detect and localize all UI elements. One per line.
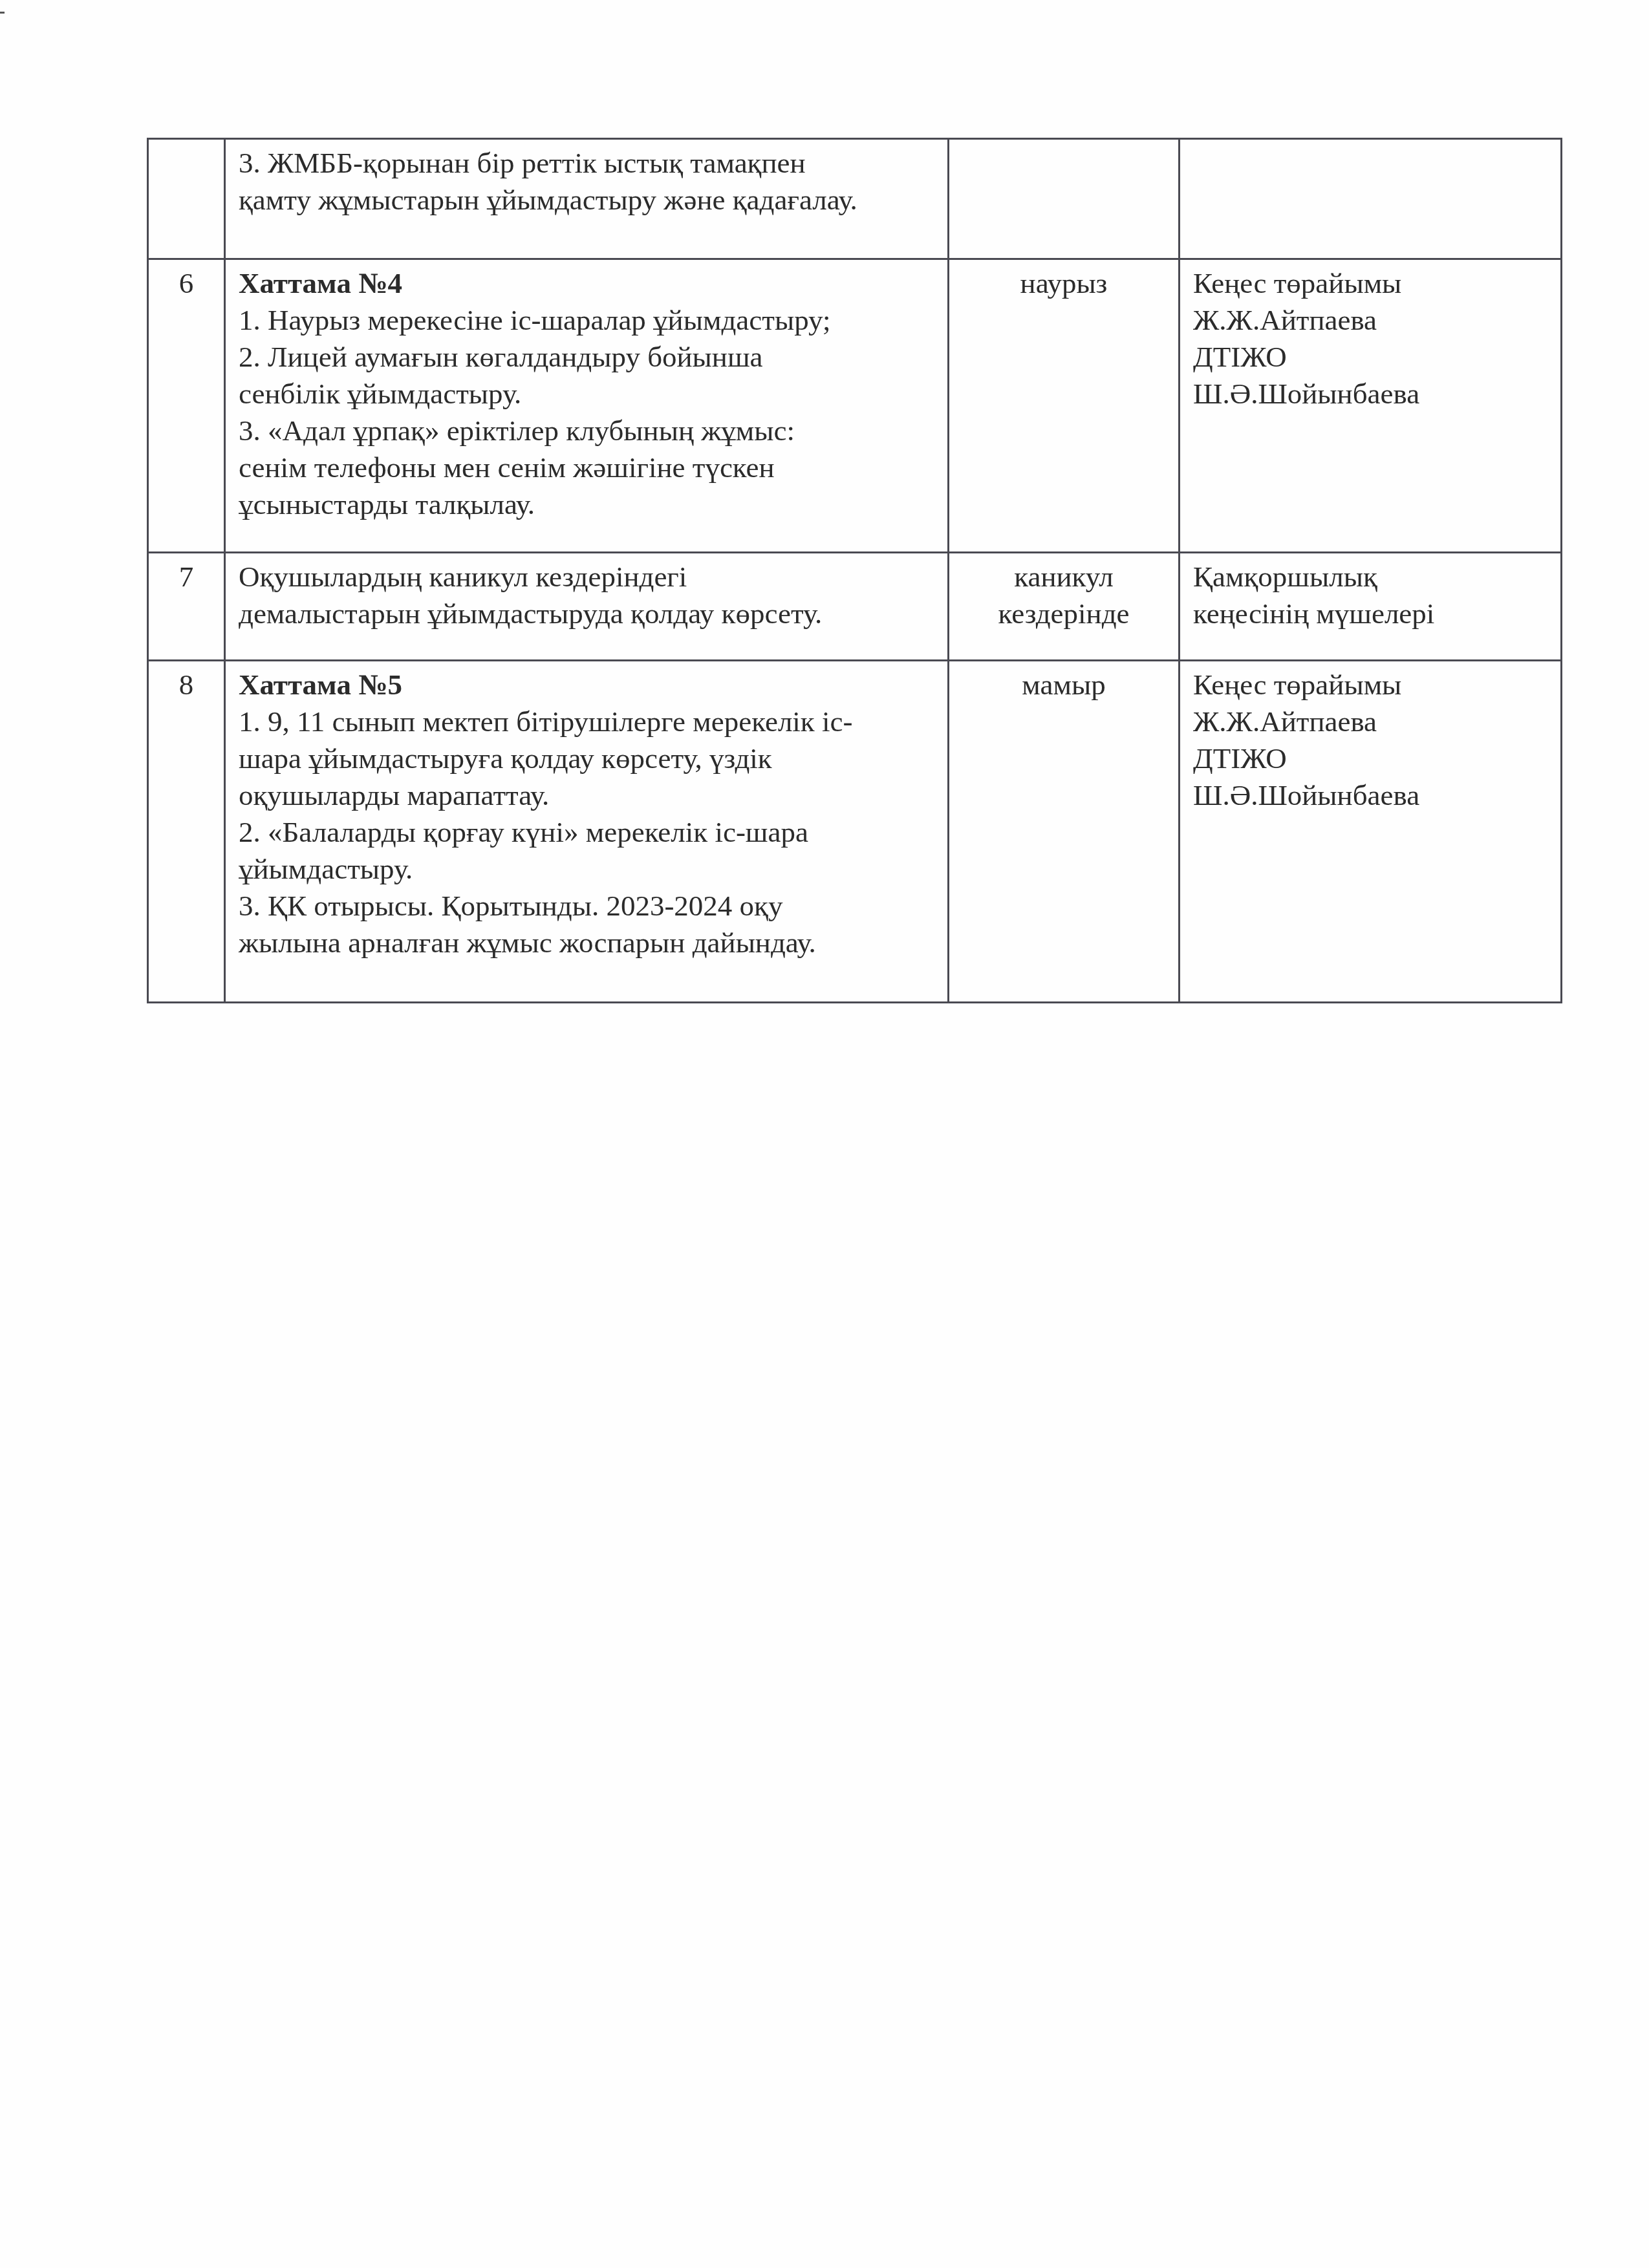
date-line: каникул — [949, 559, 1178, 595]
responsible-line: Кеңес төрайымы — [1193, 667, 1547, 703]
row-number-cell: 6 — [148, 259, 225, 553]
activity-line: 2. «Балаларды қорғау күні» мерекелік іс-… — [239, 814, 934, 851]
activity-line: 3. ЖМББ-қорынан бір реттік ыстық тамақпе… — [239, 145, 934, 182]
activity-line: ұйымдастыру. — [239, 851, 934, 888]
activity-line: 3. ҚК отырысы. Қорытынды. 2023-2024 оқу — [239, 888, 934, 925]
activity-line: сенім телефоны мен сенім жәшігіне түскен — [239, 449, 934, 486]
work-plan-table: 3. ЖМББ-қорынан бір реттік ыстық тамақпе… — [147, 138, 1562, 1003]
responsible-line: кеңесінің мүшелері — [1193, 595, 1547, 632]
table-row: 7 Оқушылардың каникул кездеріндегі демал… — [148, 553, 1562, 661]
scan-artifact — [0, 12, 5, 14]
table-row: 8 Хаттама №5 1. 9, 11 сынып мектеп бітір… — [148, 661, 1562, 1003]
date-cell — [949, 139, 1180, 259]
table-row: 6 Хаттама №4 1. Наурыз мерекесіне іс-шар… — [148, 259, 1562, 553]
activity-line: 3. «Адал ұрпақ» еріктілер клубының жұмыс… — [239, 412, 934, 449]
activity-line: 1. Наурыз мерекесіне іс-шаралар ұйымдаст… — [239, 302, 934, 339]
responsible-cell — [1180, 139, 1562, 259]
date-cell: наурыз — [949, 259, 1180, 553]
row-number-cell: 7 — [148, 553, 225, 661]
activity-cell: 3. ЖМББ-қорынан бір реттік ыстық тамақпе… — [225, 139, 949, 259]
activity-cell: Хаттама №5 1. 9, 11 сынып мектеп бітіруш… — [225, 661, 949, 1003]
responsible-line: Кеңес төрайымы — [1193, 265, 1547, 302]
activity-line: қамту жұмыстарын ұйымдастыру және қадаға… — [239, 182, 934, 219]
responsible-line: Ш.Ә.Шойынбаева — [1193, 777, 1547, 814]
responsible-line: Ш.Ә.Шойынбаева — [1193, 376, 1547, 412]
activity-line: 2. Лицей аумағын көгалдандыру бойынша — [239, 339, 934, 376]
document-page: 3. ЖМББ-қорынан бір реттік ыстық тамақпе… — [0, 0, 1649, 2268]
date-line: мамыр — [949, 667, 1178, 703]
responsible-line: ДТІЖО — [1193, 339, 1547, 376]
date-line: кездерінде — [949, 595, 1178, 632]
responsible-cell: Қамқоршылық кеңесінің мүшелері — [1180, 553, 1562, 661]
responsible-cell: Кеңес төрайымы Ж.Ж.Айтпаева ДТІЖО Ш.Ә.Шо… — [1180, 259, 1562, 553]
activity-line: демалыстарын ұйымдастыруда қолдау көрсет… — [239, 595, 934, 632]
responsible-line: Қамқоршылық — [1193, 559, 1547, 595]
responsible-line: Ж.Ж.Айтпаева — [1193, 302, 1547, 339]
table-row: 3. ЖМББ-қорынан бір реттік ыстық тамақпе… — [148, 139, 1562, 259]
responsible-line: ДТІЖО — [1193, 740, 1547, 777]
date-cell: мамыр — [949, 661, 1180, 1003]
responsible-cell: Кеңес төрайымы Ж.Ж.Айтпаева ДТІЖО Ш.Ә.Шо… — [1180, 661, 1562, 1003]
activity-line: ұсыныстарды талқылау. — [239, 486, 934, 523]
date-cell: каникул кездерінде — [949, 553, 1180, 661]
activity-cell: Оқушылардың каникул кездеріндегі демалыс… — [225, 553, 949, 661]
activity-line: 1. 9, 11 сынып мектеп бітірушілерге мере… — [239, 703, 934, 740]
responsible-line: Ж.Ж.Айтпаева — [1193, 703, 1547, 740]
activity-cell: Хаттама №4 1. Наурыз мерекесіне іс-шарал… — [225, 259, 949, 553]
activity-line: жылына арналған жұмыс жоспарын дайындау. — [239, 925, 934, 961]
activity-line: оқушыларды марапаттау. — [239, 777, 934, 814]
row-number-cell — [148, 139, 225, 259]
date-line: наурыз — [949, 265, 1178, 302]
activity-line: Оқушылардың каникул кездеріндегі — [239, 559, 934, 595]
activity-line: шара ұйымдастыруға қолдау көрсету, үздік — [239, 740, 934, 777]
protocol-title: Хаттама №4 — [239, 265, 934, 302]
activity-line: сенбілік ұйымдастыру. — [239, 376, 934, 412]
protocol-title: Хаттама №5 — [239, 667, 934, 703]
row-number-cell: 8 — [148, 661, 225, 1003]
